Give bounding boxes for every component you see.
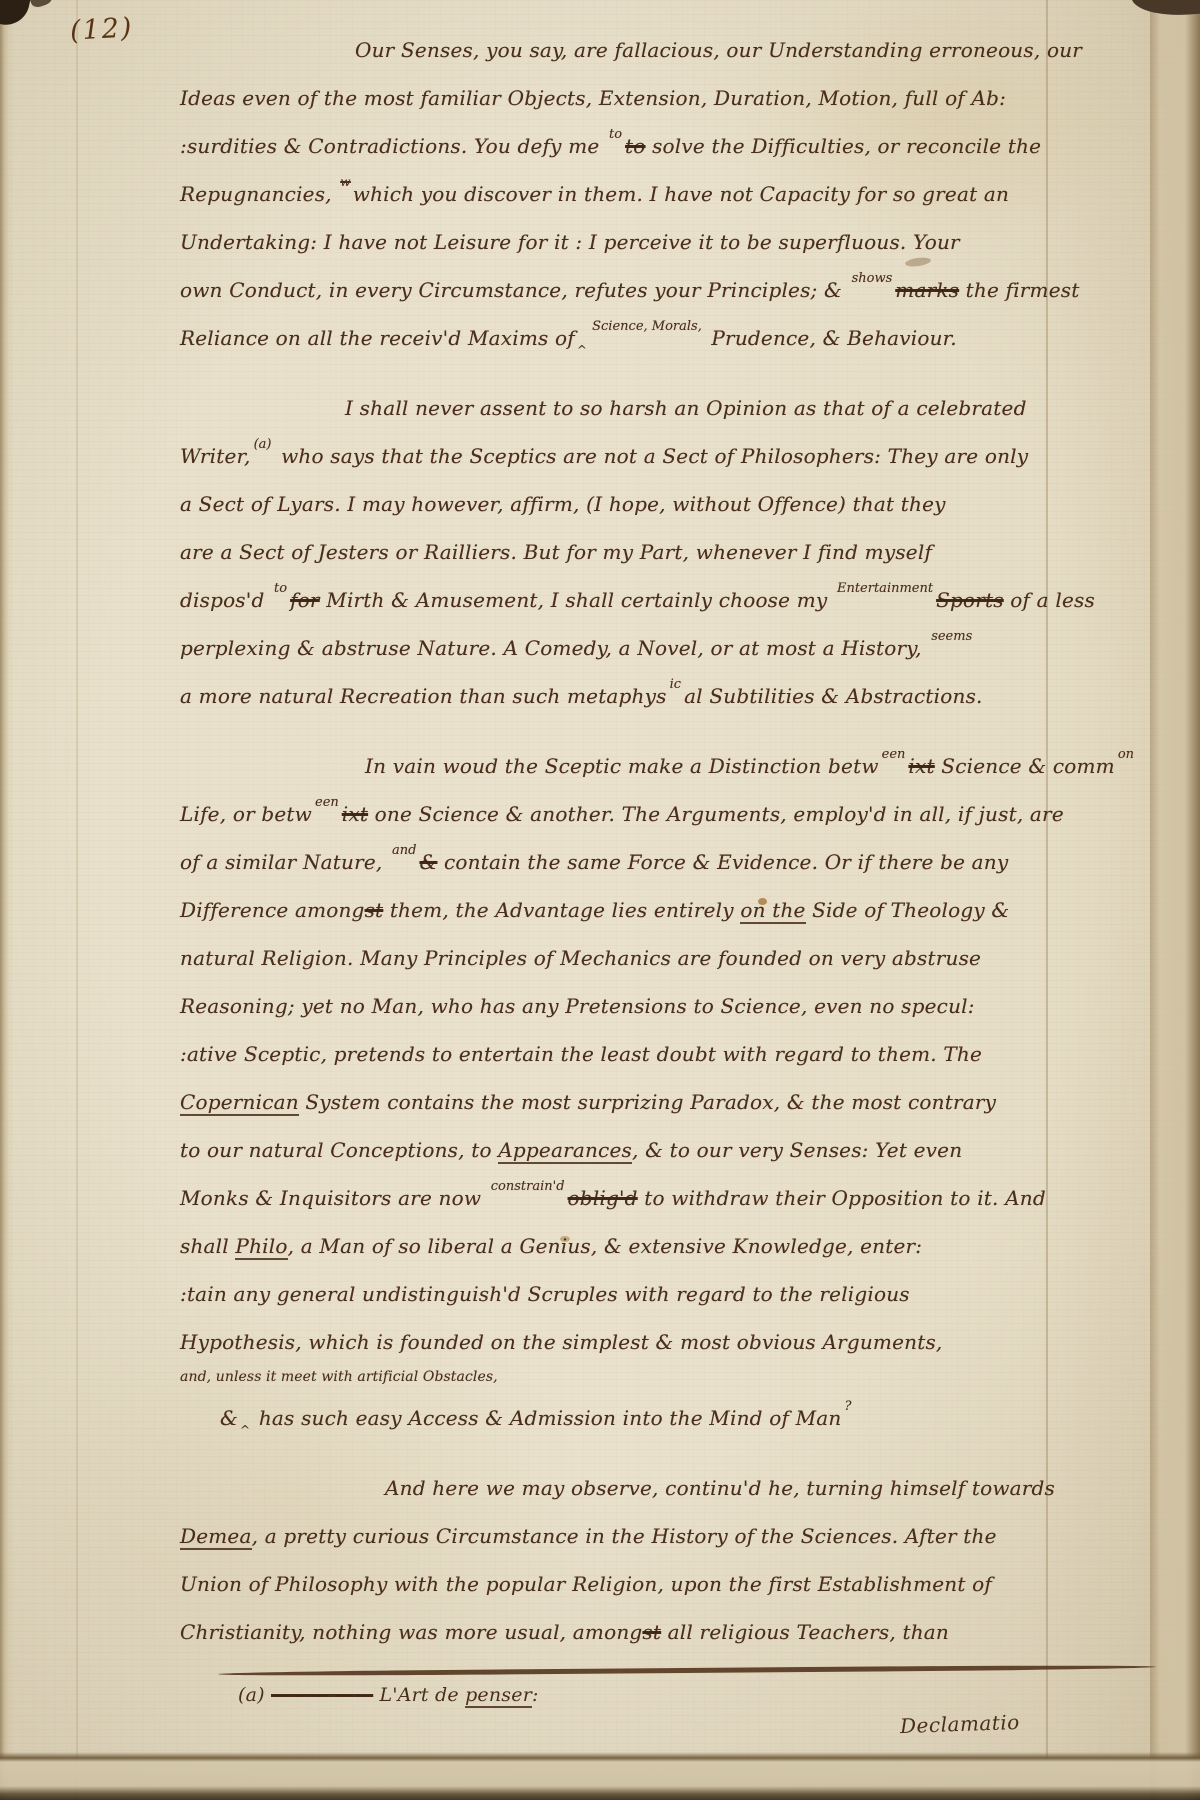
text-run: a Sect of Lyars. I may however, affirm, …: [180, 492, 946, 516]
text-run: , a pretty curious Circumstance in the H…: [252, 1524, 997, 1548]
text-ins: to: [274, 565, 287, 613]
text-run: one Science & another. The Arguments, em…: [368, 802, 1064, 826]
text-run: of a less: [1004, 588, 1095, 612]
text-caret: ^: [240, 1406, 250, 1454]
paragraph: I shall never assent to so harsh an Opin…: [180, 384, 1060, 720]
text-u: Demea: [180, 1524, 252, 1550]
catchword: Declamatio: [900, 1710, 1021, 1738]
text-run: all religious Teachers, than: [661, 1620, 949, 1644]
paragraph: Our Senses, you say, are fallacious, our…: [180, 26, 1060, 362]
manuscript-line: Copernican System contains the most surp…: [180, 1078, 1060, 1126]
text-run: :: [532, 1684, 539, 1706]
manuscript-line: of a similar Nature, and& contain the sa…: [180, 838, 1060, 886]
text-run: natural Religion. Many Principles of Mec…: [180, 946, 981, 970]
manuscript-line: :ative Sceptic, pretends to entertain th…: [180, 1030, 1060, 1078]
manuscript-line: and, unless it meet with artificial Obst…: [180, 1366, 1060, 1394]
text-run: Side of Theology &: [806, 898, 1010, 922]
text-run: to withdraw their Opposition to it. And: [638, 1186, 1046, 1210]
text-run: Ideas even of the most familiar Objects,…: [180, 86, 1006, 110]
manuscript-line: Union of Philosophy with the popular Rel…: [180, 1560, 1060, 1608]
manuscript-line: Hypothesis, which is founded on the simp…: [180, 1318, 1060, 1366]
text-run: Hypothesis, which is founded on the simp…: [180, 1330, 942, 1354]
text-run: solve the Difficulties, or reconcile the: [646, 134, 1042, 158]
text-run: And here we may observe, continu'd he, t…: [385, 1476, 1055, 1500]
text-run: the firmest: [959, 278, 1079, 302]
footnote: (a) ——— —— L'Art de penser:: [238, 1684, 539, 1706]
text-ins: ic: [670, 661, 681, 709]
text-run: Monks & Inquisitors are now: [180, 1186, 488, 1210]
text-ins: (a): [254, 421, 272, 469]
manuscript-line: Repugnancies, wwhich you discover in the…: [180, 170, 1060, 218]
text-run: Writer,: [180, 444, 251, 468]
text-ins: seems: [931, 613, 972, 661]
text-ins-strike: w: [340, 158, 350, 206]
text-run: Reasoning; yet no Man, who has any Prete…: [180, 994, 975, 1018]
text-run: System contains the most surprizing Para…: [299, 1090, 996, 1114]
manuscript-line: Writer,(a) who says that the Sceptics ar…: [180, 432, 1060, 480]
manuscript-line: And here we may observe, continu'd he, t…: [385, 1464, 1060, 1512]
manuscript-line: natural Religion. Many Principles of Mec…: [180, 934, 1060, 982]
paper-torn-edge-left: [0, 0, 9, 1800]
text-strike: to: [625, 134, 645, 158]
text-u: penser: [465, 1684, 532, 1708]
text-strike: Sports: [936, 588, 1004, 612]
manuscript-line: a Sect of Lyars. I may however, affirm, …: [180, 480, 1060, 528]
manuscript-line: Demea, a pretty curious Circumstance in …: [180, 1512, 1060, 1560]
text-run: Reliance on all the receiv'd Maxims of: [180, 326, 575, 350]
manuscript-line: &^ has such easy Access & Admission into…: [220, 1394, 1060, 1442]
corner-mark-top-left-2: [28, 0, 54, 9]
manuscript-line: Reliance on all the receiv'd Maxims of^S…: [180, 314, 1060, 362]
manuscript-line: Christianity, nothing was more usual, am…: [180, 1608, 1060, 1656]
manuscript-line: Monks & Inquisitors are now constrain'do…: [180, 1174, 1060, 1222]
text-run: &: [220, 1406, 238, 1430]
page-number: (12): [69, 12, 134, 46]
text-run: Union of Philosophy with the popular Rel…: [180, 1572, 992, 1596]
corner-mark-top-left: [0, 0, 31, 29]
text-run: L'Art de: [373, 1684, 465, 1706]
text-run: are a Sect of Jesters or Railliers. But …: [180, 540, 932, 564]
text-run: them, the Advantage lies entirely: [383, 898, 740, 922]
text-run: which you discover in them. I have not C…: [353, 182, 1009, 206]
text-run: own Conduct, in every Circumstance, refu…: [180, 278, 849, 302]
text-ins: shows: [852, 255, 893, 303]
text-run: of a similar Nature,: [180, 850, 389, 874]
text-run: and, unless it meet with artificial Obst…: [180, 1369, 498, 1385]
text-u: Philo: [235, 1234, 287, 1260]
text-run: to our natural Conceptions, to: [180, 1138, 498, 1162]
text-u: Copernican: [180, 1090, 299, 1116]
text-caret: ^: [577, 326, 587, 374]
footnote-separator: [218, 1664, 1156, 1676]
text-run: Undertaking: I have not Leisure for it :…: [180, 230, 960, 254]
manuscript-line: to our natural Conceptions, to Appearanc…: [180, 1126, 1060, 1174]
text-run: Difference among: [180, 898, 365, 922]
text-run: shall: [180, 1234, 235, 1258]
text-run: who says that the Sceptics are not a Sec…: [275, 444, 1029, 468]
text-strike: oblig'd: [568, 1186, 638, 1210]
manuscript-line: Difference amongst them, the Advantage l…: [180, 886, 1060, 934]
text-run: :surdities & Contradictions. You defy me: [180, 134, 606, 158]
paper-edge-right: [1150, 0, 1200, 1800]
text-strike: &: [419, 850, 437, 874]
manuscript-line: :surdities & Contradictions. You defy me…: [180, 122, 1060, 170]
text-run: al Subtilities & Abstractions.: [684, 684, 983, 708]
text-run: Christianity, nothing was more usual, am…: [180, 1620, 642, 1644]
text-run: , a Man of so liberal a Genius, & extens…: [288, 1234, 923, 1258]
text-run: , & to our very Senses: Yet even: [632, 1138, 962, 1162]
text-strike: ——— ——: [271, 1684, 373, 1706]
manuscript-page: (12) Our Senses, you say, are fallacious…: [0, 0, 1200, 1800]
text-run: contain the same Force & Evidence. Or if…: [437, 850, 1008, 874]
text-run: Science & comm: [935, 754, 1115, 778]
paper-fold-line: [76, 0, 78, 1800]
text-ins: een: [315, 779, 339, 827]
text-run: Mirth & Amusement, I shall certainly cho…: [320, 588, 834, 612]
text-ins: to: [609, 111, 622, 159]
text-u: Appearances: [498, 1138, 632, 1164]
text-run: (a): [238, 1684, 271, 1706]
text-ins: on: [1118, 731, 1134, 779]
text-run: Our Senses, you say, are fallacious, our…: [355, 38, 1082, 62]
text-ins: een: [882, 731, 906, 779]
text-strike: st: [642, 1620, 661, 1644]
manuscript-line: In vain woud the Sceptic make a Distinct…: [365, 742, 1060, 790]
text-strike: ixt: [908, 754, 934, 778]
manuscript-line: a more natural Recreation than such meta…: [180, 672, 1060, 720]
text-run: a more natural Recreation than such meta…: [180, 684, 667, 708]
text-run: Prudence, & Behaviour.: [705, 326, 957, 350]
text-run: Repugnancies,: [180, 182, 338, 206]
manuscript-line: shall Philo, a Man of so liberal a Geniu…: [180, 1222, 1060, 1270]
manuscript-line: perplexing & abstruse Nature. A Comedy, …: [180, 624, 1060, 672]
manuscript-line: Our Senses, you say, are fallacious, our…: [355, 26, 1060, 74]
text-run: perplexing & abstruse Nature. A Comedy, …: [180, 636, 928, 660]
manuscript-line: I shall never assent to so harsh an Opin…: [345, 384, 1060, 432]
text-strike: st: [365, 898, 384, 922]
text-u: on the: [740, 898, 805, 924]
text-strike: for: [290, 588, 320, 612]
text-run: has such easy Access & Admission into th…: [252, 1406, 841, 1430]
paragraph: In vain woud the Sceptic make a Distinct…: [180, 742, 1060, 1442]
manuscript-line: Life, or betweenixt one Science & anothe…: [180, 790, 1060, 838]
text-ins: and: [392, 827, 416, 875]
text-ins: Science, Morals,: [592, 303, 702, 351]
manuscript-body: Our Senses, you say, are fallacious, our…: [180, 26, 1060, 1656]
paper-edge-bottom: [0, 1752, 1200, 1800]
manuscript-line: dispos'd tofor Mirth & Amusement, I shal…: [180, 576, 1060, 624]
manuscript-line: :tain any general undistinguish'd Scrupl…: [180, 1270, 1060, 1318]
text-run: I shall never assent to so harsh an Opin…: [345, 396, 1027, 420]
text-run: :tain any general undistinguish'd Scrupl…: [180, 1282, 910, 1306]
text-ins: ?: [845, 1383, 852, 1431]
text-strike: ixt: [342, 802, 368, 826]
text-run: Life, or betw: [180, 802, 312, 826]
text-run: dispos'd: [180, 588, 271, 612]
text-ins: constrain'd: [491, 1163, 565, 1211]
text-run: :ative Sceptic, pretends to entertain th…: [180, 1042, 982, 1066]
text-strike: marks: [895, 278, 959, 302]
text-ins: Entertainment: [837, 565, 933, 613]
paragraph: And here we may observe, continu'd he, t…: [180, 1464, 1060, 1656]
manuscript-line: Reasoning; yet no Man, who has any Prete…: [180, 982, 1060, 1030]
manuscript-line: Undertaking: I have not Leisure for it :…: [180, 218, 1060, 266]
text-run: In vain woud the Sceptic make a Distinct…: [365, 754, 879, 778]
